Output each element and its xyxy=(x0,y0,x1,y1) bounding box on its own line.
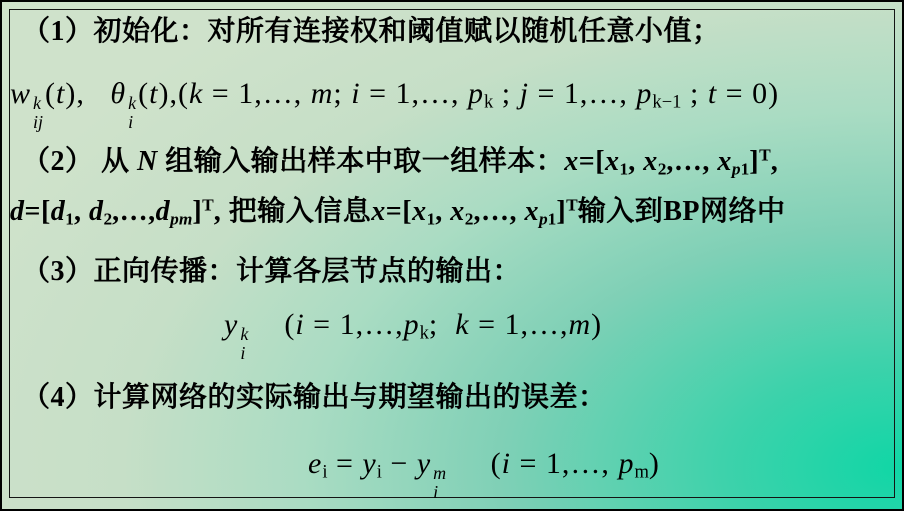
slide-canvas: （1）初始化：对所有连接权和阈值赋以随机任意小值； wkij(t), θki(t… xyxy=(0,0,904,511)
step3-heading: （3）正向传播：计算各层节点的输出： xyxy=(22,254,521,289)
step2-heading-line1: （2） 从 N 组输入输出样本中取一组样本：x=[x1, x2,…, xp1]T… xyxy=(22,144,778,180)
step1-heading: （1）初始化：对所有连接权和阈值赋以随机任意小值； xyxy=(22,14,721,49)
step4-formula: ei = yi − ymi (i = 1,…, pm) xyxy=(308,444,660,493)
step3-formula: yki (i = 1,…,pk; k = 1,…,m) xyxy=(224,305,602,354)
step1-formula: wkij(t), θki(t),(k = 1,…, m; i = 1,…, pk… xyxy=(10,74,779,123)
step2-heading-line2: d=[d1, d2,…,dpm]T, 把输入信息x=[x1, x2,…, xp1… xyxy=(10,194,786,230)
step4-heading: （4）计算网络的实际输出与期望输出的误差： xyxy=(22,380,607,415)
